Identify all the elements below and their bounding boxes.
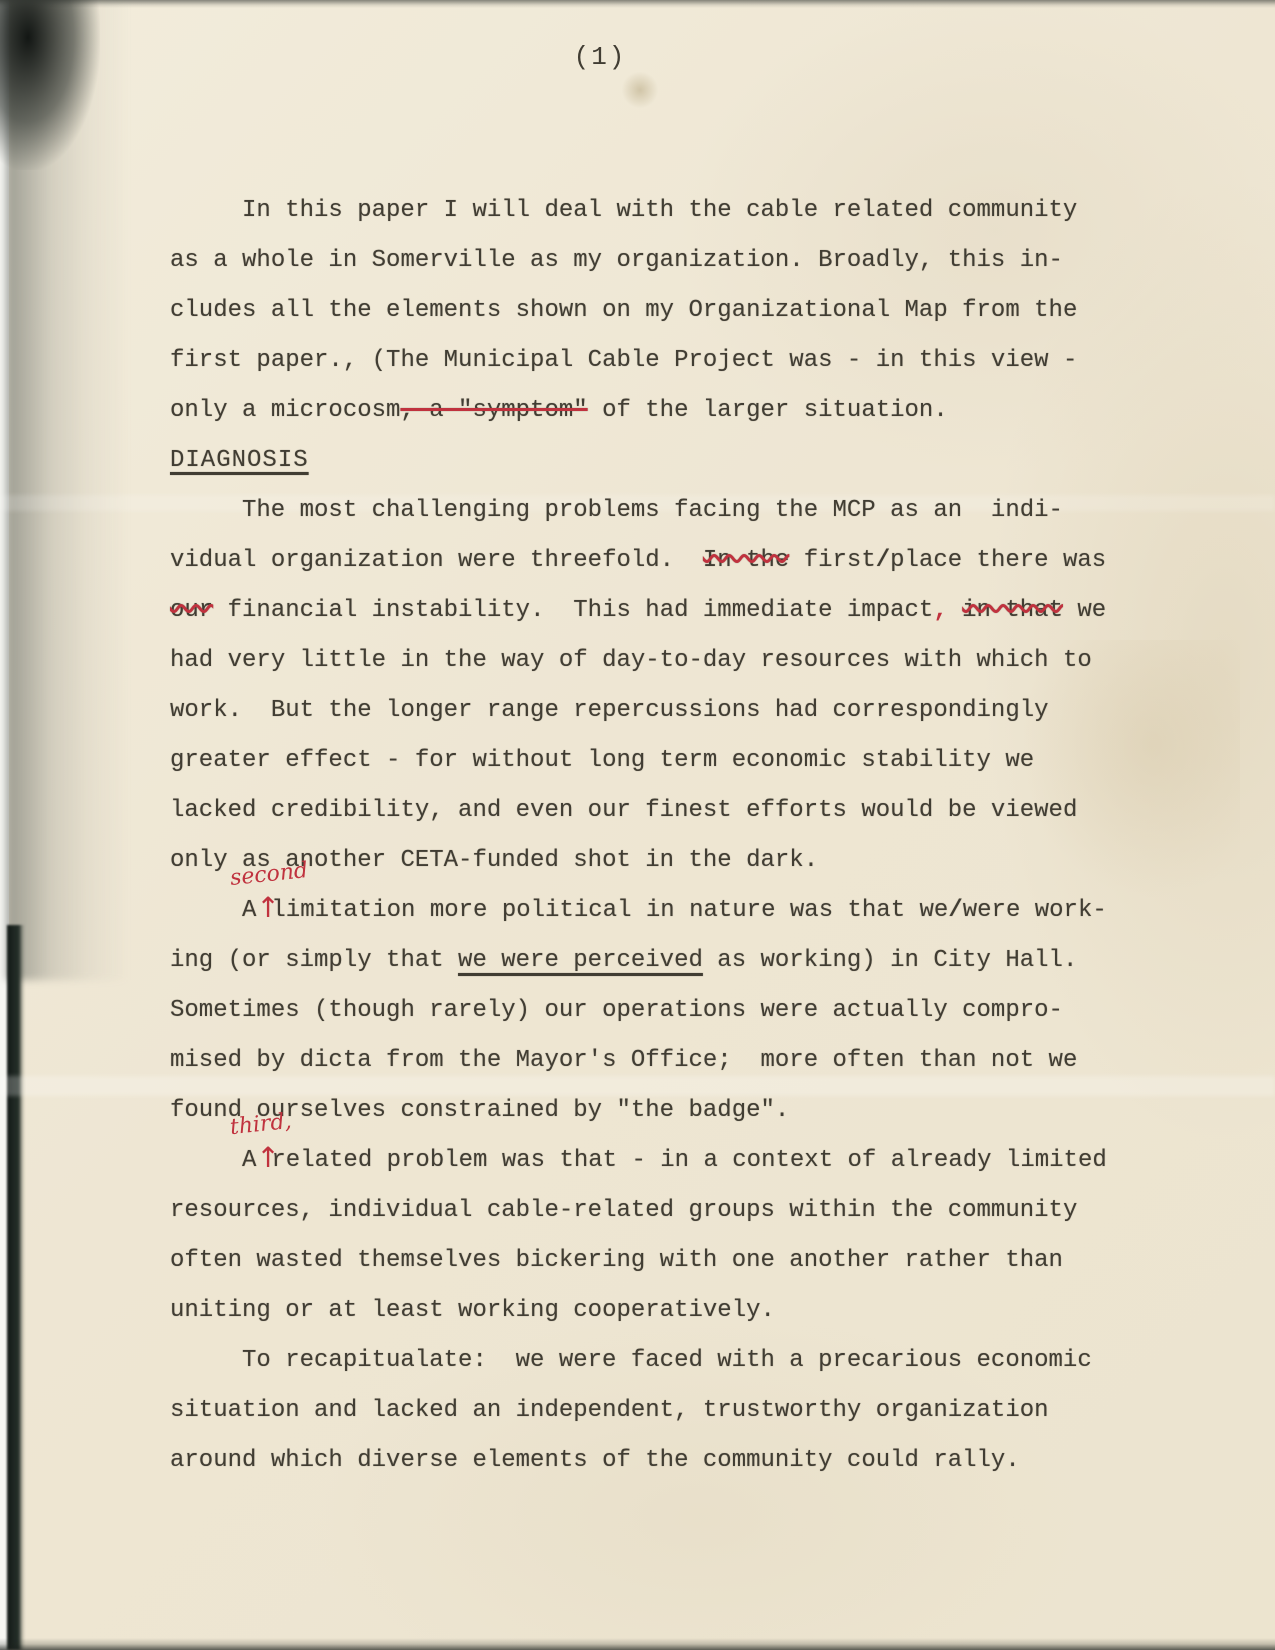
typed-line: situation and lacked an independent, tru… bbox=[170, 1386, 1210, 1436]
typed-line: only as another CETA-funded shot in the … bbox=[170, 836, 1210, 886]
typed-line: mised by dicta from the Mayor's Office; … bbox=[170, 1036, 1210, 1086]
caret-arrow-icon: ↑ bbox=[256, 894, 279, 922]
typed-line: Athird,↑related problem was that - in a … bbox=[170, 1136, 1210, 1186]
typed-text: first paper., (The Municipal Cable Proje… bbox=[170, 347, 1077, 374]
typed-text: greater effect - for without long term e… bbox=[170, 747, 1034, 774]
typed-text: cludes all the elements shown on my Orga… bbox=[170, 297, 1077, 324]
typed-text: situation and lacked an independent, tru… bbox=[170, 1397, 1049, 1424]
typed-text: work. But the longer range repercussions… bbox=[170, 697, 1049, 724]
red-scribble-text: in that bbox=[962, 597, 1063, 624]
page-number: (1) bbox=[0, 42, 1200, 72]
typed-text: limitation more political in nature was … bbox=[271, 897, 948, 924]
typed-line: resources, individual cable-related grou… bbox=[170, 1186, 1210, 1236]
scan-shadow-bottom-edge bbox=[0, 1638, 1275, 1650]
typed-text: related problem was that - in a context … bbox=[271, 1147, 1106, 1174]
typed-line: first paper., (The Municipal Cable Proje… bbox=[170, 336, 1210, 386]
typed-text: we bbox=[1063, 597, 1106, 624]
typed-text: Sometimes (though rarely) our operations… bbox=[170, 997, 1063, 1024]
red-scribble-text: In the bbox=[703, 547, 789, 574]
underlined-text: we were perceived bbox=[458, 947, 703, 974]
typed-line: as a whole in Somerville as my organizat… bbox=[170, 236, 1210, 286]
scanned-typewritten-page: (1) In this paper I will deal with the c… bbox=[0, 0, 1275, 1650]
caret-arrow-icon: ↑ bbox=[256, 1144, 279, 1172]
typed-text: To recapitualate: we were faced with a p… bbox=[242, 1347, 1092, 1374]
typed-line: had very little in the way of day-to-day… bbox=[170, 636, 1210, 686]
typed-text: lacked credibility, and even our finest … bbox=[170, 797, 1077, 824]
typed-text: DIAGNOSIS bbox=[170, 447, 309, 474]
scan-dark-corner bbox=[0, 0, 100, 170]
typed-text: had very little in the way of day-to-day… bbox=[170, 647, 1092, 674]
red-strikethrough-text: , a "symptom" bbox=[400, 397, 587, 424]
typed-line: lacked credibility, and even our finest … bbox=[170, 786, 1210, 836]
typed-text: ing (or simply that bbox=[170, 947, 458, 974]
typed-text: mised by dicta from the Mayor's Office; … bbox=[170, 1047, 1077, 1074]
typed-text: as a whole in Somerville as my organizat… bbox=[170, 247, 1063, 274]
handwritten-note: second bbox=[229, 860, 309, 890]
red-ink-mark: , bbox=[933, 597, 947, 624]
typed-text: uniting or at least working cooperativel… bbox=[170, 1297, 775, 1324]
typed-line: Asecond↑limitation more political in nat… bbox=[170, 886, 1210, 936]
typed-text: only a microcosm bbox=[170, 397, 400, 424]
typed-text: financial instability. This had immediat… bbox=[213, 597, 933, 624]
scan-shadow-left-edge bbox=[7, 925, 25, 1650]
typed-line: greater effect - for without long term e… bbox=[170, 736, 1210, 786]
typed-line: To recapitualate: we were faced with a p… bbox=[170, 1336, 1210, 1386]
typed-text: A bbox=[242, 897, 256, 924]
typed-line: only a microcosm, a "symptom" of the lar… bbox=[170, 386, 1210, 436]
typed-line: The most challenging problems facing the… bbox=[170, 486, 1210, 536]
red-scribble-text: our bbox=[170, 597, 213, 624]
typed-line: work. But the longer range repercussions… bbox=[170, 686, 1210, 736]
pen-slash: / bbox=[876, 547, 890, 574]
document-text-block: In this paper I will deal with the cable… bbox=[170, 186, 1210, 1486]
typed-line: our financial instability. This had imme… bbox=[170, 586, 1210, 636]
typed-line: found ourselves constrained by "the badg… bbox=[170, 1086, 1210, 1136]
typed-line: In this paper I will deal with the cable… bbox=[170, 186, 1210, 236]
scan-smudge-left bbox=[6, 0, 156, 980]
typed-text: often wasted themselves bickering with o… bbox=[170, 1247, 1063, 1274]
typed-line: often wasted themselves bickering with o… bbox=[170, 1236, 1210, 1286]
pen-slash: / bbox=[948, 897, 962, 924]
typed-line: uniting or at least working cooperativel… bbox=[170, 1286, 1210, 1336]
typed-line: ing (or simply that we were perceived as… bbox=[170, 936, 1210, 986]
typed-text: around which diverse elements of the com… bbox=[170, 1447, 1020, 1474]
typed-text: A bbox=[242, 1147, 256, 1174]
typed-line: vidual organization were threefold. In t… bbox=[170, 536, 1210, 586]
typed-text: In this paper I will deal with the cable… bbox=[242, 197, 1077, 224]
paper-stain-small bbox=[620, 70, 660, 110]
typed-line: Sometimes (though rarely) our operations… bbox=[170, 986, 1210, 1036]
typed-line: cludes all the elements shown on my Orga… bbox=[170, 286, 1210, 336]
scan-edge-white-strip bbox=[0, 0, 9, 1650]
scan-shadow-top-edge bbox=[0, 0, 1275, 8]
typed-text: vidual organization were threefold. bbox=[170, 547, 703, 574]
typed-text: place there was bbox=[890, 547, 1106, 574]
typed-text: resources, individual cable-related grou… bbox=[170, 1197, 1077, 1224]
typed-text: as working) in City Hall. bbox=[703, 947, 1077, 974]
typed-text: were work- bbox=[963, 897, 1107, 924]
typed-line: around which diverse elements of the com… bbox=[170, 1436, 1210, 1486]
typed-text: first bbox=[789, 547, 875, 574]
typed-text bbox=[948, 597, 962, 624]
section-heading: DIAGNOSIS bbox=[170, 436, 1210, 486]
typed-text: of the larger situation. bbox=[588, 397, 948, 424]
typed-text: The most challenging problems facing the… bbox=[242, 497, 1063, 524]
